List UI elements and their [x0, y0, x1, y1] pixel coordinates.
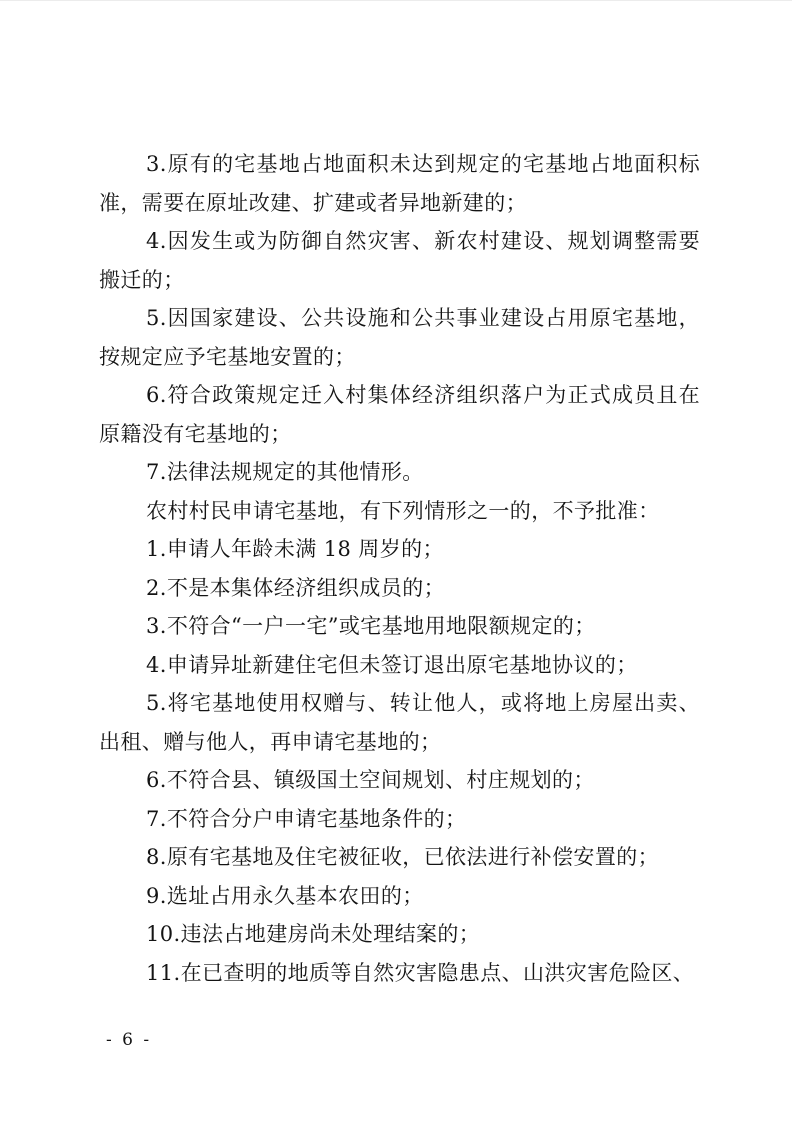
paragraph-item-7-deny: 7.不符合分户申请宅基地条件的；	[99, 800, 700, 839]
document-body: 3.原有的宅基地占地面积未达到规定的宅基地占地面积标准，需要在原址改建、扩建或者…	[99, 145, 700, 992]
paragraph-item-10-deny: 10.违法占地建房尚未处理结案的；	[99, 915, 700, 954]
page-number: - 6 -	[106, 1030, 152, 1050]
paragraph-item-9-deny: 9.选址占用永久基本农田的；	[99, 877, 700, 916]
paragraph-item-7-approve: 7.法律法规规定的其他情形。	[99, 453, 700, 492]
document-page: 3.原有的宅基地占地面积未达到规定的宅基地占地面积标准，需要在原址改建、扩建或者…	[0, 0, 792, 1121]
paragraph-item-1-deny: 1.申请人年龄未满 18 周岁的；	[99, 530, 700, 569]
paragraph-item-5-deny: 5.将宅基地使用权赠与、转让他人，或将地上房屋出卖、出租、赠与他人，再申请宅基地…	[99, 684, 700, 761]
paragraph-item-8-deny: 8.原有宅基地及住宅被征收，已依法进行补偿安置的；	[99, 838, 700, 877]
paragraph-item-3-deny: 3.不符合“一户一宅”或宅基地用地限额规定的；	[99, 607, 700, 646]
paragraph-item-3-approve: 3.原有的宅基地占地面积未达到规定的宅基地占地面积标准，需要在原址改建、扩建或者…	[99, 145, 700, 222]
paragraph-item-4-approve: 4.因发生或为防御自然灾害、新农村建设、规划调整需要搬迁的；	[99, 222, 700, 299]
paragraph-item-5-approve: 5.因国家建设、公共设施和公共事业建设占用原宅基地，按规定应予宅基地安置的；	[99, 299, 700, 376]
paragraph-item-6-deny: 6.不符合县、镇级国土空间规划、村庄规划的；	[99, 761, 700, 800]
paragraph-item-2-deny: 2.不是本集体经济组织成员的；	[99, 569, 700, 608]
paragraph-intro-not-approved: 农村村民申请宅基地，有下列情形之一的，不予批准：	[99, 492, 700, 531]
paragraph-item-4-deny: 4.申请异址新建住宅但未签订退出原宅基地协议的；	[99, 646, 700, 685]
paragraph-item-6-approve: 6.符合政策规定迁入村集体经济组织落户为正式成员且在原籍没有宅基地的；	[99, 376, 700, 453]
paragraph-item-11-deny: 11.在已查明的地质等自然灾害隐患点、山洪灾害危险区、	[99, 954, 700, 993]
